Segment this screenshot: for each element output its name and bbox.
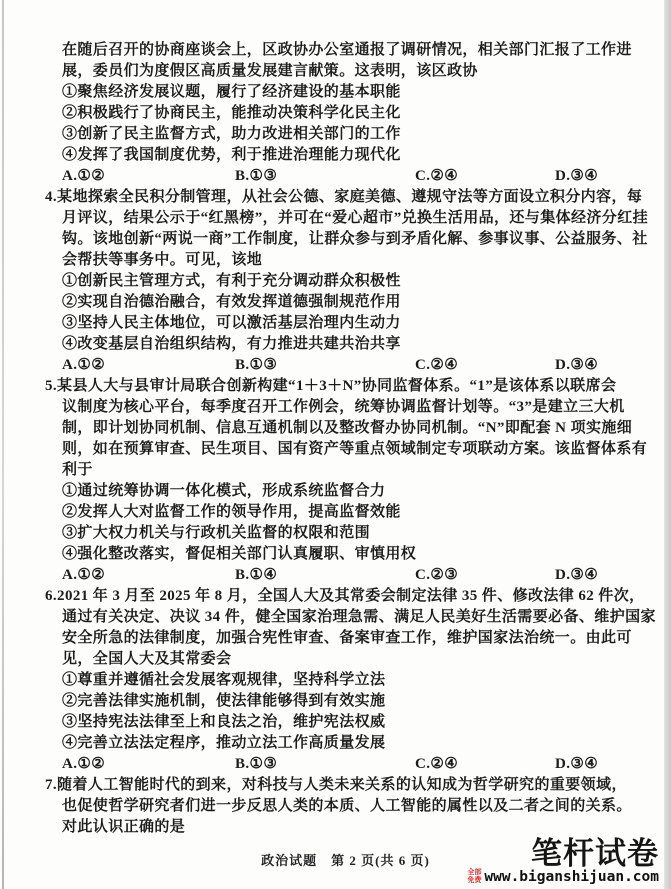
question-item: ②发挥人大对监督工作的领导作用，提高监督效能 — [62, 502, 646, 523]
option-B: B.①③ — [235, 166, 415, 187]
question-stem-line: 利于 — [62, 460, 646, 481]
question-stem-line: 则，如在预算审查、民生项目、国有资产等重点领域制定专项联动方案。该监督体系有 — [62, 439, 646, 460]
question-stem-line: 钩。该地创新“两说一商”工作制度，让群众参与到矛盾化解、参事议事、公益服务、社 — [62, 229, 646, 250]
question-item: ④改变基层自治组织结构，有力推进共建共治共享 — [62, 334, 646, 355]
question-item: ③扩大权力机关与行政机关监督的权限和范围 — [62, 523, 646, 544]
question-stem-line: 通过有关决定、决议 34 件，健全国家治理急需、满足人民美好生活需要必备、维护国… — [62, 607, 646, 628]
option-D: D.③④ — [555, 754, 598, 775]
question-block: 在随后召开的协商座谈会上，区政协办公室通报了调研情况，相关部门汇报了工作进展，委… — [45, 40, 646, 187]
question-stem-line: 会帮扶等事务中。可见，该地 — [62, 250, 646, 271]
question-stem-line: 议制度为核心平台，每季度召开工作例会，统筹协调监督计划等。“3”是建立三大机 — [62, 397, 646, 418]
option-A: A.①② — [62, 754, 235, 775]
option-D: D.③④ — [555, 355, 598, 376]
option-B: B.①③ — [235, 754, 415, 775]
question-stem-line: 制，即计划协同机制、信息互通机制以及整改督办协同机制。“N”即配套 N 项实施细 — [62, 418, 646, 439]
question-list: 在随后召开的协商座谈会上，区政协办公室通报了调研情况，相关部门汇报了工作进展，委… — [45, 40, 646, 838]
option-A: A.①② — [62, 355, 235, 376]
question-stem-line: 展，委员们为度假区高质量发展建言献策。这表明，该区政协 — [62, 61, 646, 82]
watermark-url: www.biganshijuan.com — [484, 869, 659, 885]
question-item: ④完善立法法定程序，推动立法工作高质量发展 — [62, 733, 646, 754]
footer-text: 政治试题 第 2 页(共 6 页) — [261, 853, 430, 868]
watermark-tag: 全部免费 — [466, 869, 482, 885]
question-item: ①创新民主管理方式，有利于充分调动群众积极性 — [62, 271, 646, 292]
question-stem-first-line: 6.2021 年 3 月至 2025 年 8 月，全国人大及其常委会制定法律 3… — [62, 586, 646, 607]
options-row: A.①②B.①③C.②④D.③④ — [62, 754, 646, 775]
option-A: A.①② — [62, 565, 235, 586]
question-stem-line: 安全所急的法律制度，加强合宪性审查、备案审查工作，维护国家法治统一。由此可 — [62, 628, 646, 649]
options-row: A.①②B.①③C.②④D.③④ — [62, 166, 646, 187]
question-item: ①聚焦经济发展议题，履行了经济建设的基本职能 — [62, 82, 646, 103]
option-A: A.①② — [62, 166, 235, 187]
question-item: ①通过统筹协调一体化模式，形成系统监督合力 — [62, 481, 646, 502]
question-stem-first-line: 5.某县人大与县审计局联合创新构建“1＋3＋N”协同监督体系。“1”是该体系以联… — [62, 376, 646, 397]
scan-edge-right — [664, 0, 671, 889]
option-C: C.②④ — [415, 166, 555, 187]
watermark-brand: 笔杆试卷 — [466, 839, 659, 869]
question-item: ③创新了民主监督方式，助力改进相关部门的工作 — [62, 124, 646, 145]
scan-edge-left — [2, 0, 4, 889]
question-block: 6.2021 年 3 月至 2025 年 8 月，全国人大及其常委会制定法律 3… — [45, 586, 646, 775]
question-item: ③坚持人民主体地位，可以激活基层治理内生动力 — [62, 313, 646, 334]
question-item: ④发挥了我国制度优势，利于推进治理能力现代化 — [62, 145, 646, 166]
question-item: ②完善法律实施机制，使法律能够得到有效实施 — [62, 691, 646, 712]
question-stem-line: 对此认识正确的是 — [62, 817, 646, 838]
question-block: 5.某县人大与县审计局联合创新构建“1＋3＋N”协同监督体系。“1”是该体系以联… — [45, 376, 646, 586]
option-C: C.②③ — [415, 565, 555, 586]
option-B: B.①③ — [235, 355, 415, 376]
question-block: 4.某地探索全民积分制管理，从社会公德、家庭美德、遵规守法等方面设立积分内容，每… — [45, 187, 646, 376]
question-item: ④强化整改落实，督促相关部门认真履职、审慎用权 — [62, 544, 646, 565]
option-C: C.②④ — [415, 355, 555, 376]
options-row: A.①②B.①④C.②③D.③④ — [62, 565, 646, 586]
option-D: D.③④ — [555, 166, 598, 187]
question-stem-first-line: 4.某地探索全民积分制管理，从社会公德、家庭美德、遵规守法等方面设立积分内容，每 — [62, 187, 646, 208]
question-item: ①尊重并遵循社会发展客观规律，坚持科学立法 — [62, 670, 646, 691]
question-stem-first-line: 在随后召开的协商座谈会上，区政协办公室通报了调研情况，相关部门汇报了工作进 — [62, 40, 646, 61]
question-item: ③坚持宪法法律至上和良法之治，维护宪法权威 — [62, 712, 646, 733]
watermark: 笔杆试卷 全部免费 www.biganshijuan.com — [460, 839, 659, 885]
option-C: C.②④ — [415, 754, 555, 775]
options-row: A.①②B.①③C.②④D.③④ — [62, 355, 646, 376]
question-stem-line: 也促使哲学研究者们进一步反思人类的本质、人工智能的属性以及二者之间的关系。 — [62, 796, 646, 817]
question-stem-first-line: 7.随着人工智能时代的到来，对科技与人类未来关系的认知成为哲学研究的重要领域， — [62, 775, 646, 796]
question-stem-line: 见，全国人大及其常委会 — [62, 649, 646, 670]
option-D: D.③④ — [555, 565, 598, 586]
question-block: 7.随着人工智能时代的到来，对科技与人类未来关系的认知成为哲学研究的重要领域，也… — [45, 775, 646, 838]
question-item: ②积极践行了协商民主，能推动决策科学化民主化 — [62, 103, 646, 124]
question-stem-line: 月评议，结果公示于“红黑榜”，并可在“爱心超市”兑换生活用品，还与集体经济分红挂 — [62, 208, 646, 229]
option-B: B.①④ — [235, 565, 415, 586]
watermark-site-row: 全部免费 www.biganshijuan.com — [466, 869, 659, 885]
question-item: ②实现自治德治融合，有效发挥道德强制规范作用 — [62, 292, 646, 313]
